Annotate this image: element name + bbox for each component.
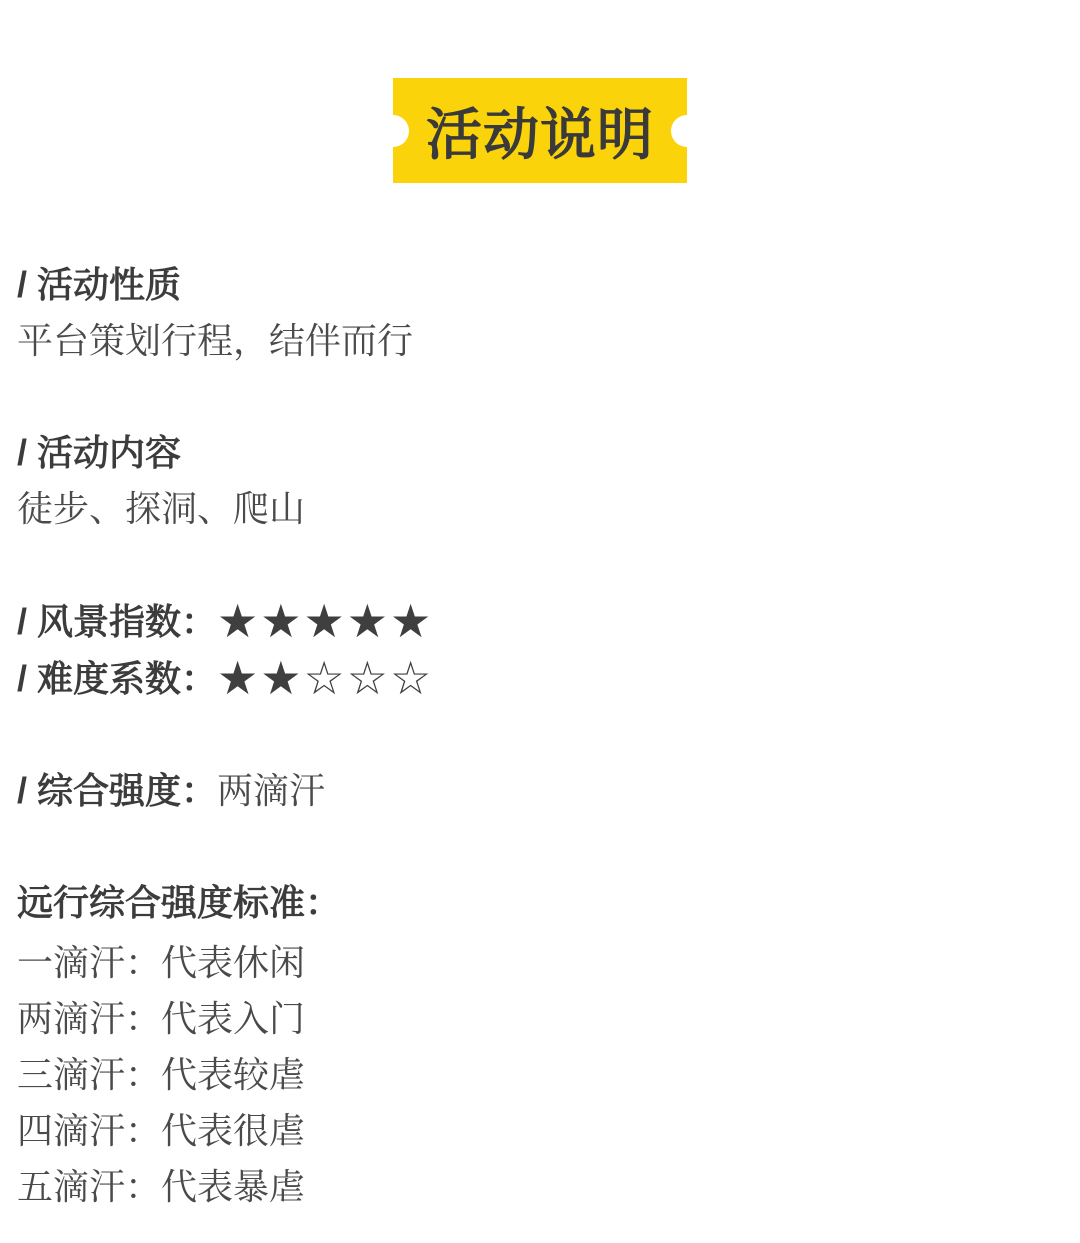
standards-item-2: 两滴汗：代表入门 — [17, 991, 1060, 1047]
article-content: / 活动性质 平台策划行程，结伴而行 / 活动内容 徒步、探洞、爬山 / 风景指… — [0, 257, 1080, 1215]
scenery-star-rating-icon: ★★★★★ — [217, 595, 433, 647]
activity-nature-heading: / 活动性质 — [17, 257, 1060, 313]
activity-nature-body: 平台策划行程，结伴而行 — [17, 313, 1060, 369]
standards-heading: 远行综合强度标准： — [17, 875, 1060, 931]
activity-content-heading: / 活动内容 — [17, 425, 1060, 481]
ticket-notch-right-icon — [671, 115, 703, 147]
difficulty-rating-row: / 难度系数：★★☆☆☆ — [17, 650, 1060, 707]
difficulty-star-rating-icon: ★★☆☆☆ — [217, 652, 433, 704]
title-banner: 活动说明 — [393, 78, 687, 183]
scenery-rating-row: / 风景指数：★★★★★ — [17, 593, 1060, 650]
intensity-row: / 综合强度：两滴汗 — [17, 763, 1060, 819]
ticket-notch-left-icon — [377, 115, 409, 147]
activity-content-body: 徒步、探洞、爬山 — [17, 481, 1060, 537]
intensity-label: / 综合强度： — [17, 770, 217, 811]
standards-item-4: 四滴汗：代表很虐 — [17, 1103, 1060, 1159]
section-activity-nature: / 活动性质 平台策划行程，结伴而行 — [17, 257, 1060, 369]
article-page: 活动说明 / 活动性质 平台策划行程，结伴而行 / 活动内容 徒步、探洞、爬山 … — [0, 0, 1080, 1243]
standards-item-5: 五滴汗：代表暴虐 — [17, 1159, 1060, 1215]
section-intensity-standards: 远行综合强度标准： 一滴汗：代表休闲 两滴汗：代表入门 三滴汗：代表较虐 四滴汗… — [17, 875, 1060, 1215]
intensity-value: 两滴汗 — [217, 770, 325, 811]
section-activity-content: / 活动内容 徒步、探洞、爬山 — [17, 425, 1060, 537]
banner-row: 活动说明 — [0, 0, 1080, 183]
scenery-rating-label: / 风景指数： — [17, 601, 217, 642]
section-intensity: / 综合强度：两滴汗 — [17, 763, 1060, 819]
page-title: 活动说明 — [426, 91, 654, 171]
standards-list: 一滴汗：代表休闲 两滴汗：代表入门 三滴汗：代表较虐 四滴汗：代表很虐 五滴汗：… — [17, 935, 1060, 1215]
section-ratings: / 风景指数：★★★★★ / 难度系数：★★☆☆☆ — [17, 593, 1060, 707]
difficulty-rating-label: / 难度系数： — [17, 658, 217, 699]
standards-item-1: 一滴汗：代表休闲 — [17, 935, 1060, 991]
standards-item-3: 三滴汗：代表较虐 — [17, 1047, 1060, 1103]
